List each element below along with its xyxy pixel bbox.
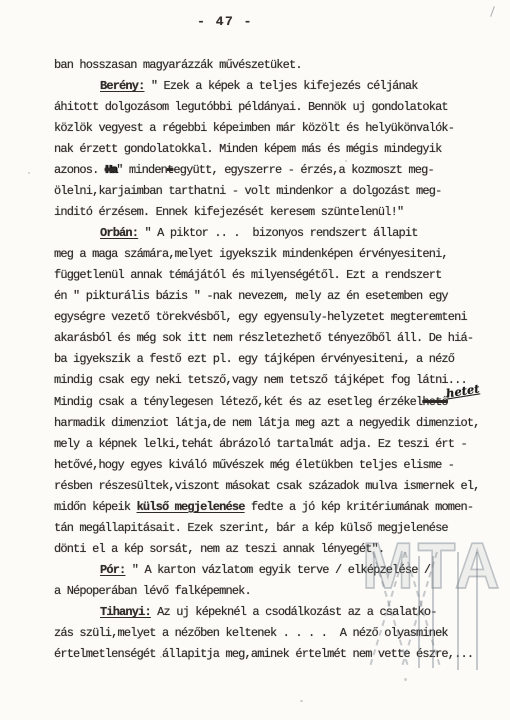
text-line: én " pikturális bázis " -nak nevezem, me… [54,286,500,307]
scan-speck [28,172,30,174]
text-segment: ölelni,karjaimban tarthatni - volt minde… [54,184,441,198]
overstruck-blot: Ha [105,163,116,177]
text-segment: közlök vegyest a régebbi képeimben már k… [54,121,454,135]
text-segment: ba igyekszik a festő ezt pl. egy tájképe… [54,352,454,366]
text-segment: akarásból és még sok itt nem részletezhe… [54,331,473,345]
text-segment: Mindig csak a ténylegesen létező,két és … [54,395,422,409]
text-segment: zás szüli,melyet a nézőben keltenek . . … [54,626,448,640]
underlined-segment: külső megjelenése [137,500,245,514]
text-line: tán megállapitásait. Ezek szerint, bár a… [54,518,500,539]
text-line: mindig csak egy neki tetsző,vagy nem tet… [54,370,500,391]
text-segment: midőn képeik [54,500,137,514]
text-line: azonos. Ha" mindentegyütt, egyszerre - é… [54,160,500,181]
text-segment: együtt, egyszerre - érzés,a kozmoszt meg… [173,163,433,177]
text-segment: Az uj képeknél a csodálkozást az a csala… [151,605,437,619]
text-segment: dönti el a kép sorsát, nem az teszi anna… [54,542,384,556]
text-line: ban hosszasan magyarázzák művészetüket. [54,55,500,76]
scan-speck [404,678,407,681]
text-line: függetlenül annak témájától és milyenség… [54,265,500,286]
text-line: akarásból és még sok itt nem részletezhe… [54,328,500,349]
document-body: ban hosszasan magyarázzák művészetüket.B… [54,55,500,665]
text-segment: inditó érzésem. Ennek kifejezését kerese… [54,205,403,219]
text-line: Tihanyi: Az uj képeknél a csodálkozást a… [54,602,500,623]
scan-speck [300,700,303,702]
text-segment: harmadik dimenziot látja,de nem látja me… [54,416,480,430]
struck-out-text: hető [422,395,447,409]
handwritten-correction: hetet [444,378,480,404]
text-line: zás szüli,melyet a nézőben keltenek . . … [54,623,500,644]
underlined-segment: Tihanyi: [100,605,151,619]
text-line: harmadik dimenziot látja,de nem látja me… [54,413,500,434]
text-segment: mely a képnek lelki,tehát ábrázoló tarta… [54,437,467,451]
text-segment: meg a maga számára,melyet igyekszik mind… [54,247,448,261]
underlined-segment: Berény: [100,79,144,93]
text-line: ölelni,karjaimban tarthatni - volt minde… [54,181,500,202]
text-line: nak érzett gondolatokkal. Minden képem m… [54,139,500,160]
text-line: értelmetlenségét állapitja meg,aminek ér… [54,644,500,665]
text-line: ba igyekszik a festő ezt pl. egy tájképe… [54,349,500,370]
text-segment: egységre vezető törekvésből, egy egyensu… [54,310,467,324]
text-segment: hetővé,hogy egyes kiváló művészek még él… [54,458,454,472]
text-segment: áhitott dolgozásom legutóbbi példányai. … [54,100,448,114]
scanned-document-page: - 47 - ban hosszasan magyarázzák művésze… [0,0,510,720]
page-number: - 47 - [160,14,290,29]
text-line: mely a képnek lelki,tehát ábrázoló tarta… [54,434,500,455]
text-segment: a Népoperában lévő falképemnek. [54,584,251,598]
text-line: hetővé,hogy egyes kiváló művészek még él… [54,455,500,476]
text-line: dönti el a kép sorsát, nem az teszi anna… [54,539,500,560]
text-line: Pór: " A karton vázlatom egyik terve / e… [54,560,500,581]
text-line: meg a maga számára,melyet igyekszik mind… [54,244,500,265]
text-line: midőn képeik külső megjelenése fedte a j… [54,497,500,518]
text-segment: " minden [116,163,167,177]
text-segment: résben részesültek,viszont másokat csak … [54,479,480,493]
text-line: Berény: " Ezek a képek a teljes kifejezé… [54,76,500,97]
underlined-segment: Pór: [100,563,125,577]
text-segment: értelmetlenségét állapitja meg,aminek ér… [54,647,473,661]
text-line: Orbán: " A piktor .. . bizonyos rendszer… [54,223,500,244]
text-segment: " A karton vázlatom egyik terve / elképz… [125,563,430,577]
text-segment: azonos. [54,163,105,177]
underlined-segment: Orbán: [100,226,138,240]
text-segment: " A piktor .. . bizonyos rendszert állap… [138,226,417,240]
text-segment: " Ezek a képek a teljes kifejezés célján… [144,79,417,93]
text-line: inditó érzésem. Ennek kifejezését kerese… [54,202,500,223]
text-line: egységre vezető törekvésből, egy egyensu… [54,307,500,328]
text-segment: tán megállapitásait. Ezek szerint, bár a… [54,521,448,535]
text-line: résben részesültek,viszont másokat csak … [54,476,500,497]
text-line: Mindig csak a ténylegesen létező,két és … [54,391,500,413]
text-segment: én " pikturális bázis " -nak nevezem, me… [54,289,448,303]
scan-scratch-mark [490,6,495,17]
text-line: áhitott dolgozásom legutóbbi példányai. … [54,97,500,118]
text-line: közlök vegyest a régebbi képeimben már k… [54,118,500,139]
text-segment: ban hosszasan magyarázzák művészetüket. [54,58,302,72]
text-line: a Népoperában lévő falképemnek. [54,581,500,602]
text-segment: függetlenül annak témájától és milyenség… [54,268,441,282]
text-segment: mindig csak egy neki tetsző,vagy nem tet… [54,373,467,387]
text-segment: fedte a jó kép kritériumának momen- [245,500,474,514]
text-segment: nak érzett gondolatokkal. Minden képem m… [54,142,441,156]
